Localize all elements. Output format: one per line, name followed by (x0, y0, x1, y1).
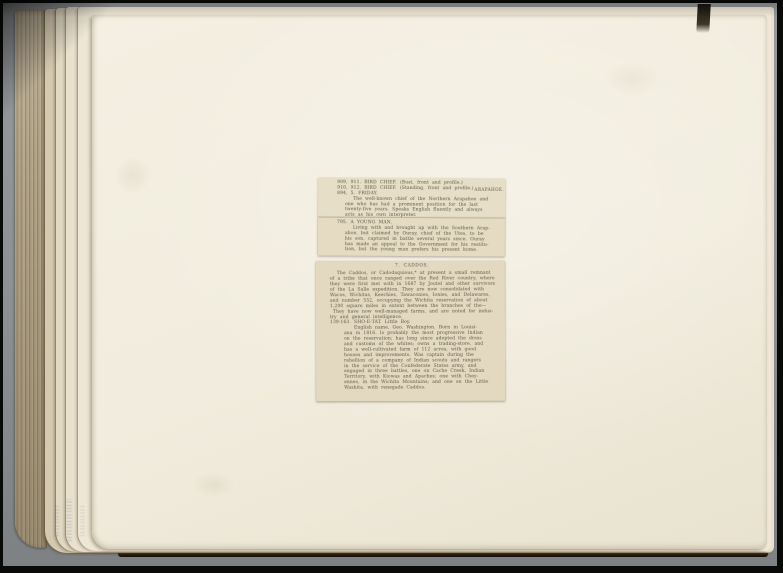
handwritten-annotation (54, 506, 59, 536)
text-line: Washita, with renegade Caddos. (344, 385, 494, 391)
section-heading: 7. CADDOS. (330, 263, 494, 269)
printed-text-block: 795. A YOUNG MAN. Living with and brough… (318, 218, 505, 254)
text-line: tion, but the young man prefers his pres… (345, 247, 490, 253)
handwritten-annotation (66, 499, 72, 541)
clipping-piece: ARAPAHOE. 909, 911. BIRD CHIEF. (Bust, f… (318, 178, 505, 219)
handwritten-annotation (80, 505, 85, 536)
page-gap-notch (696, 4, 711, 33)
clipping-caddos: 7. CADDOS. The Caddos, or Cadodaquious,*… (316, 261, 505, 401)
printed-text-block: 7. CADDOS. The Caddos, or Cadodaquious,*… (316, 261, 505, 401)
clipping-piece: 795. A YOUNG MAN. Living with and brough… (318, 218, 505, 257)
printed-text-block: ARAPAHOE. 909, 911. BIRD CHIEF. (Bust, f… (318, 178, 505, 219)
tribe-margin-label: ARAPAHOE. (474, 187, 504, 193)
page-fore-edge-stack (15, 10, 47, 548)
album-photograph: ARAPAHOE. 909, 911. BIRD CHIEF. (Bust, f… (0, 0, 783, 573)
clipping-arapahoe: ARAPAHOE. 909, 911. BIRD CHIEF. (Bust, f… (318, 178, 505, 257)
text-line: They have now well-managed farms, and ar… (333, 309, 494, 315)
